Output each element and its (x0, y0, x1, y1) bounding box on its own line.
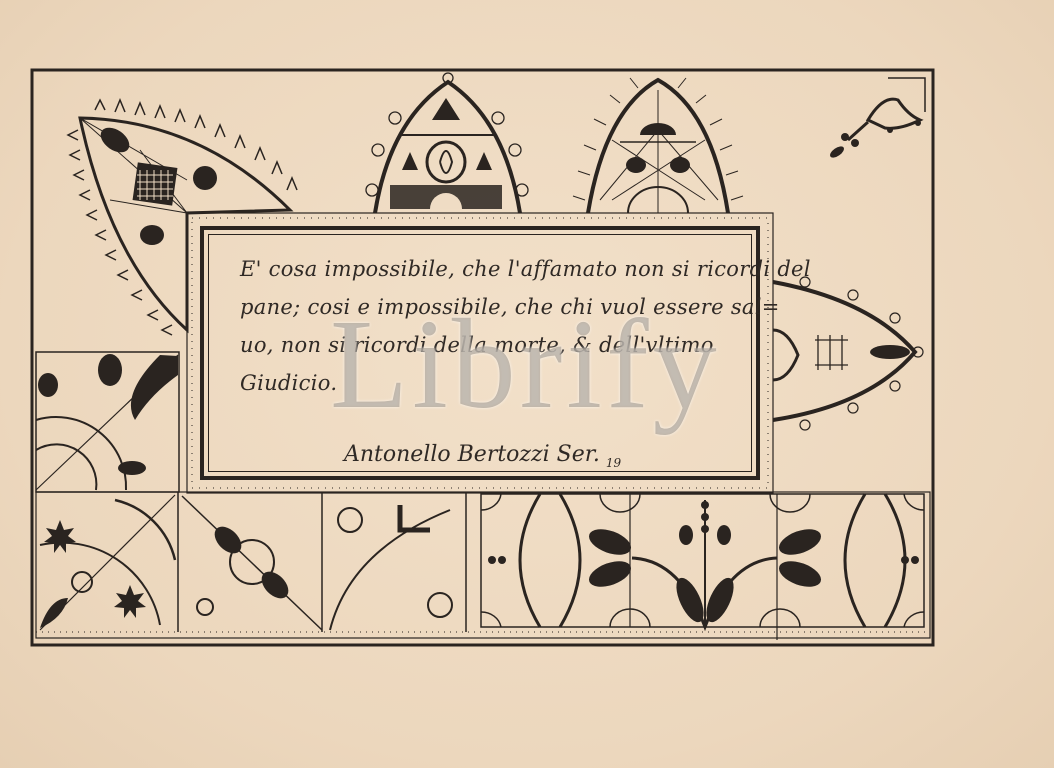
verse-line-3: uo, non si ricordi della morte, & dell'v… (240, 326, 732, 364)
book-page: E' cosa impossibile, che l'affamato non … (0, 0, 1054, 768)
corner-ornament-top-right (828, 78, 925, 160)
lace-panel-stars-bottom-left (40, 492, 178, 632)
verse-panel: E' cosa impossibile, che l'affamato non … (200, 226, 760, 480)
lace-arch-bells-top (366, 73, 528, 213)
lace-panel-leaves-bottom-right (481, 494, 924, 640)
verse-line-4: Giudicio. (240, 364, 732, 402)
verse-line-1: E' cosa impossibile, che l'affamato non … (240, 250, 732, 288)
lace-arch-rays-top (573, 78, 743, 213)
lace-lunette-right (773, 277, 923, 430)
verse-text: E' cosa impossibile, che l'affamato non … (240, 250, 732, 402)
page-number: 19 (606, 456, 621, 470)
lace-panel-thistles-bottom (182, 492, 466, 632)
verse-line-2: pane; cosi e impossibile, che chi vuol e… (240, 288, 732, 326)
signature-text: Antonello Bertozzi Ser. (344, 442, 600, 467)
signature: Antonello Bertozzi Ser.19 (344, 442, 621, 470)
lace-panel-fleur-left (36, 352, 179, 492)
